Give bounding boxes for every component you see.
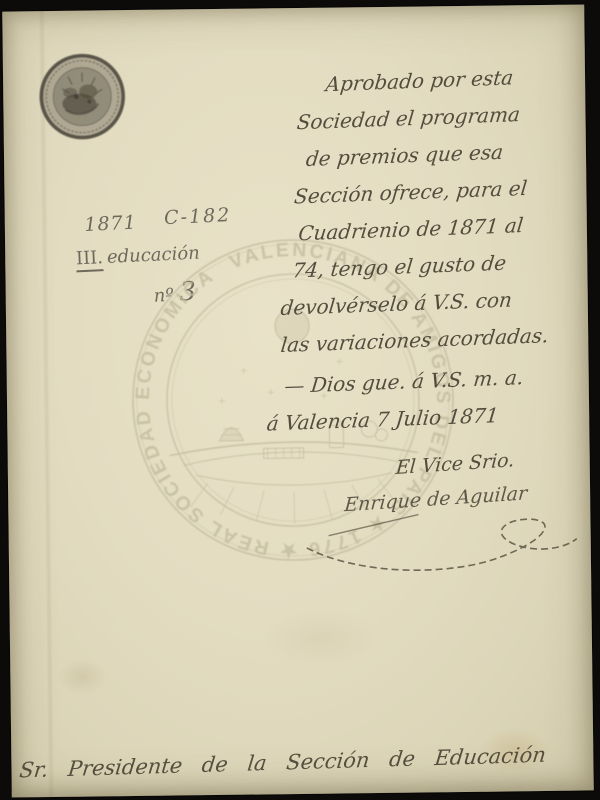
paper-stain <box>56 658 108 695</box>
footer-address-line: Sr. Presidente de la Sección de Educació… <box>18 742 586 783</box>
ink-stamp-icon <box>32 46 133 147</box>
signature-flourish-icon <box>298 503 584 586</box>
pencil-annotation-code: C-182 <box>164 204 232 229</box>
photo-backdrop: 1871 C-182 III.educación nº 3 VALENCIANA… <box>0 0 600 800</box>
document-paper: 1871 C-182 III.educación nº 3 VALENCIANA… <box>2 4 594 797</box>
paper-stain <box>260 607 381 668</box>
pencil-section-roman: III. <box>75 247 103 272</box>
letter-body: Aprobado por esta Sociedad el programa d… <box>259 56 600 443</box>
